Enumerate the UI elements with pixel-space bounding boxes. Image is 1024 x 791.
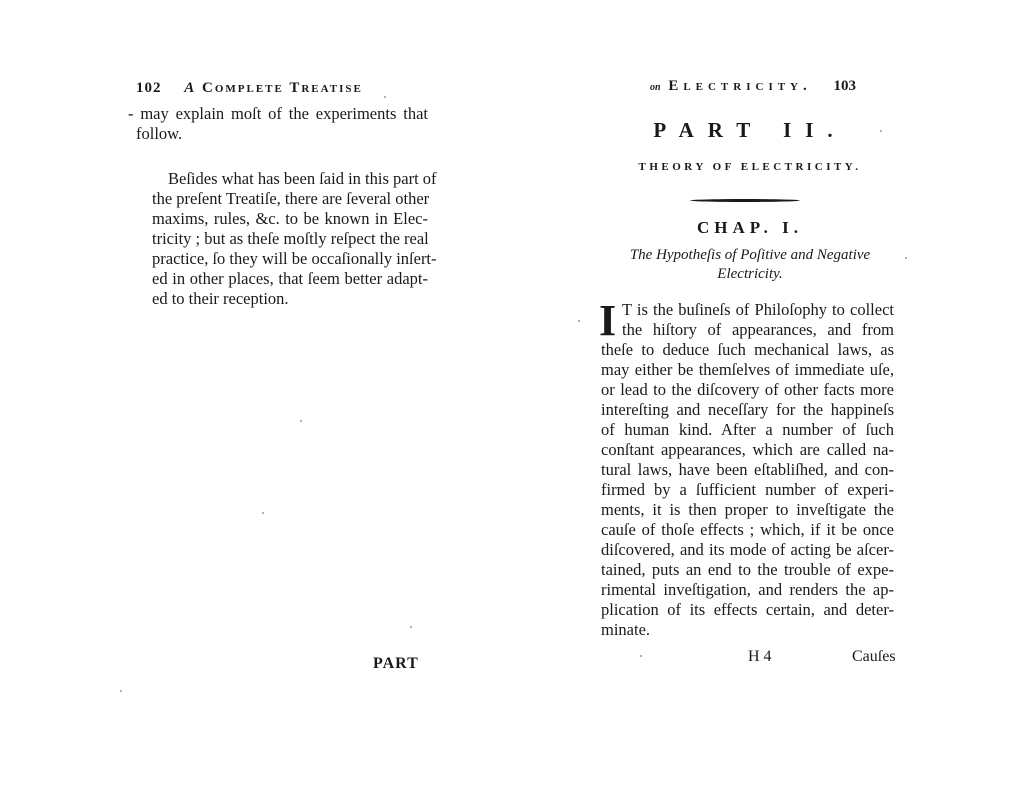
running-head-title-right: Electricity. [668,78,811,94]
text-line: or lead to the diſcovery of other facts … [601,380,894,400]
section-rule [690,199,800,202]
text-line: intereſting and neceſſary for the happin… [601,400,894,420]
text-line: of human kind. After a number of ſuch [601,420,894,440]
text-line: firmed by a ſufficient number of experi- [601,480,894,500]
text-line: theſe to deduce ſuch mechanical laws, as [601,340,894,360]
text-line: ed to their reception. [136,289,428,309]
text-line: minate. [601,620,894,640]
continuation-paragraph: - may explain moſt of the experiments th… [136,104,428,144]
text-line: plication of its effects certain, and de… [601,600,894,620]
left-page: 102 A Complete Treatise - may explain mo… [0,0,512,791]
speck [120,690,122,692]
text-line: ments, it is then proper to inveſtigate … [601,500,894,520]
running-head-title-left: A Complete Treatise [184,80,363,96]
drop-cap: I [599,302,616,340]
chapter-subtitle: The Hypotheſis of Poſitive and Negative … [600,246,900,284]
speck [905,257,907,259]
left-page-body: - may explain moſt of the experiments th… [136,104,428,309]
text-line: diſcovered, and its mode of acting be aſ… [601,540,894,560]
text-line: tained, puts an end to the trouble of ex… [601,560,894,580]
chapter-title: CHAP. I. [600,218,900,238]
text-line: maxims, rules, &c. to be known in Elec- [136,209,428,229]
catchword-right: Cauſes [852,648,896,666]
part-subtitle: THEORY OF ELECTRICITY. [600,161,900,173]
text-line: tricity ; but as theſe moſtly reſpect th… [136,229,428,249]
text-line: rimental inveſtigation, and renders the … [601,580,894,600]
text-line: may either be themſelves of immediate uſ… [601,360,894,380]
running-head-right: on Electricity. 103 [650,78,856,95]
speck [880,130,882,132]
speck [578,320,580,322]
text-line: cauſe of thoſe effects ; which, if it be… [601,520,894,540]
speck [300,420,302,422]
text-line: conſtant appearances, which are called n… [601,440,894,460]
text-line: the hiſtory of appearances, and from [601,320,894,340]
text-line: practice, ſo they will be occaſionally i… [136,249,428,269]
text-line: follow. [136,124,428,144]
part-title: PART II. [600,118,900,143]
right-page-body: I T is the buſineſs of Philoſophy to col… [601,300,894,640]
signature-mark: H 4 [748,648,772,666]
speck [640,655,642,657]
speck [262,512,264,514]
page-number-right: 103 [834,78,857,94]
text-line: Beſides what has been ſaid in this part … [136,169,428,189]
speck [410,626,412,628]
text-line: tural laws, have been eſtabliſhed, and c… [601,460,894,480]
catchword-left: PART [373,655,419,673]
text-line: the preſent Treatiſe, there are ſeveral … [136,189,428,209]
paragraph: Beſides what has been ſaid in this part … [136,169,428,309]
text-line: - may explain moſt of the experiments th… [128,104,428,124]
speck [384,96,386,98]
text-line: T is the buſineſs of Philoſophy to colle… [601,300,894,320]
text-line: ed in other places, that ſeem better ada… [136,269,428,289]
page-number-left: 102 [136,80,162,96]
running-head-left: 102 A Complete Treatise [136,80,363,97]
